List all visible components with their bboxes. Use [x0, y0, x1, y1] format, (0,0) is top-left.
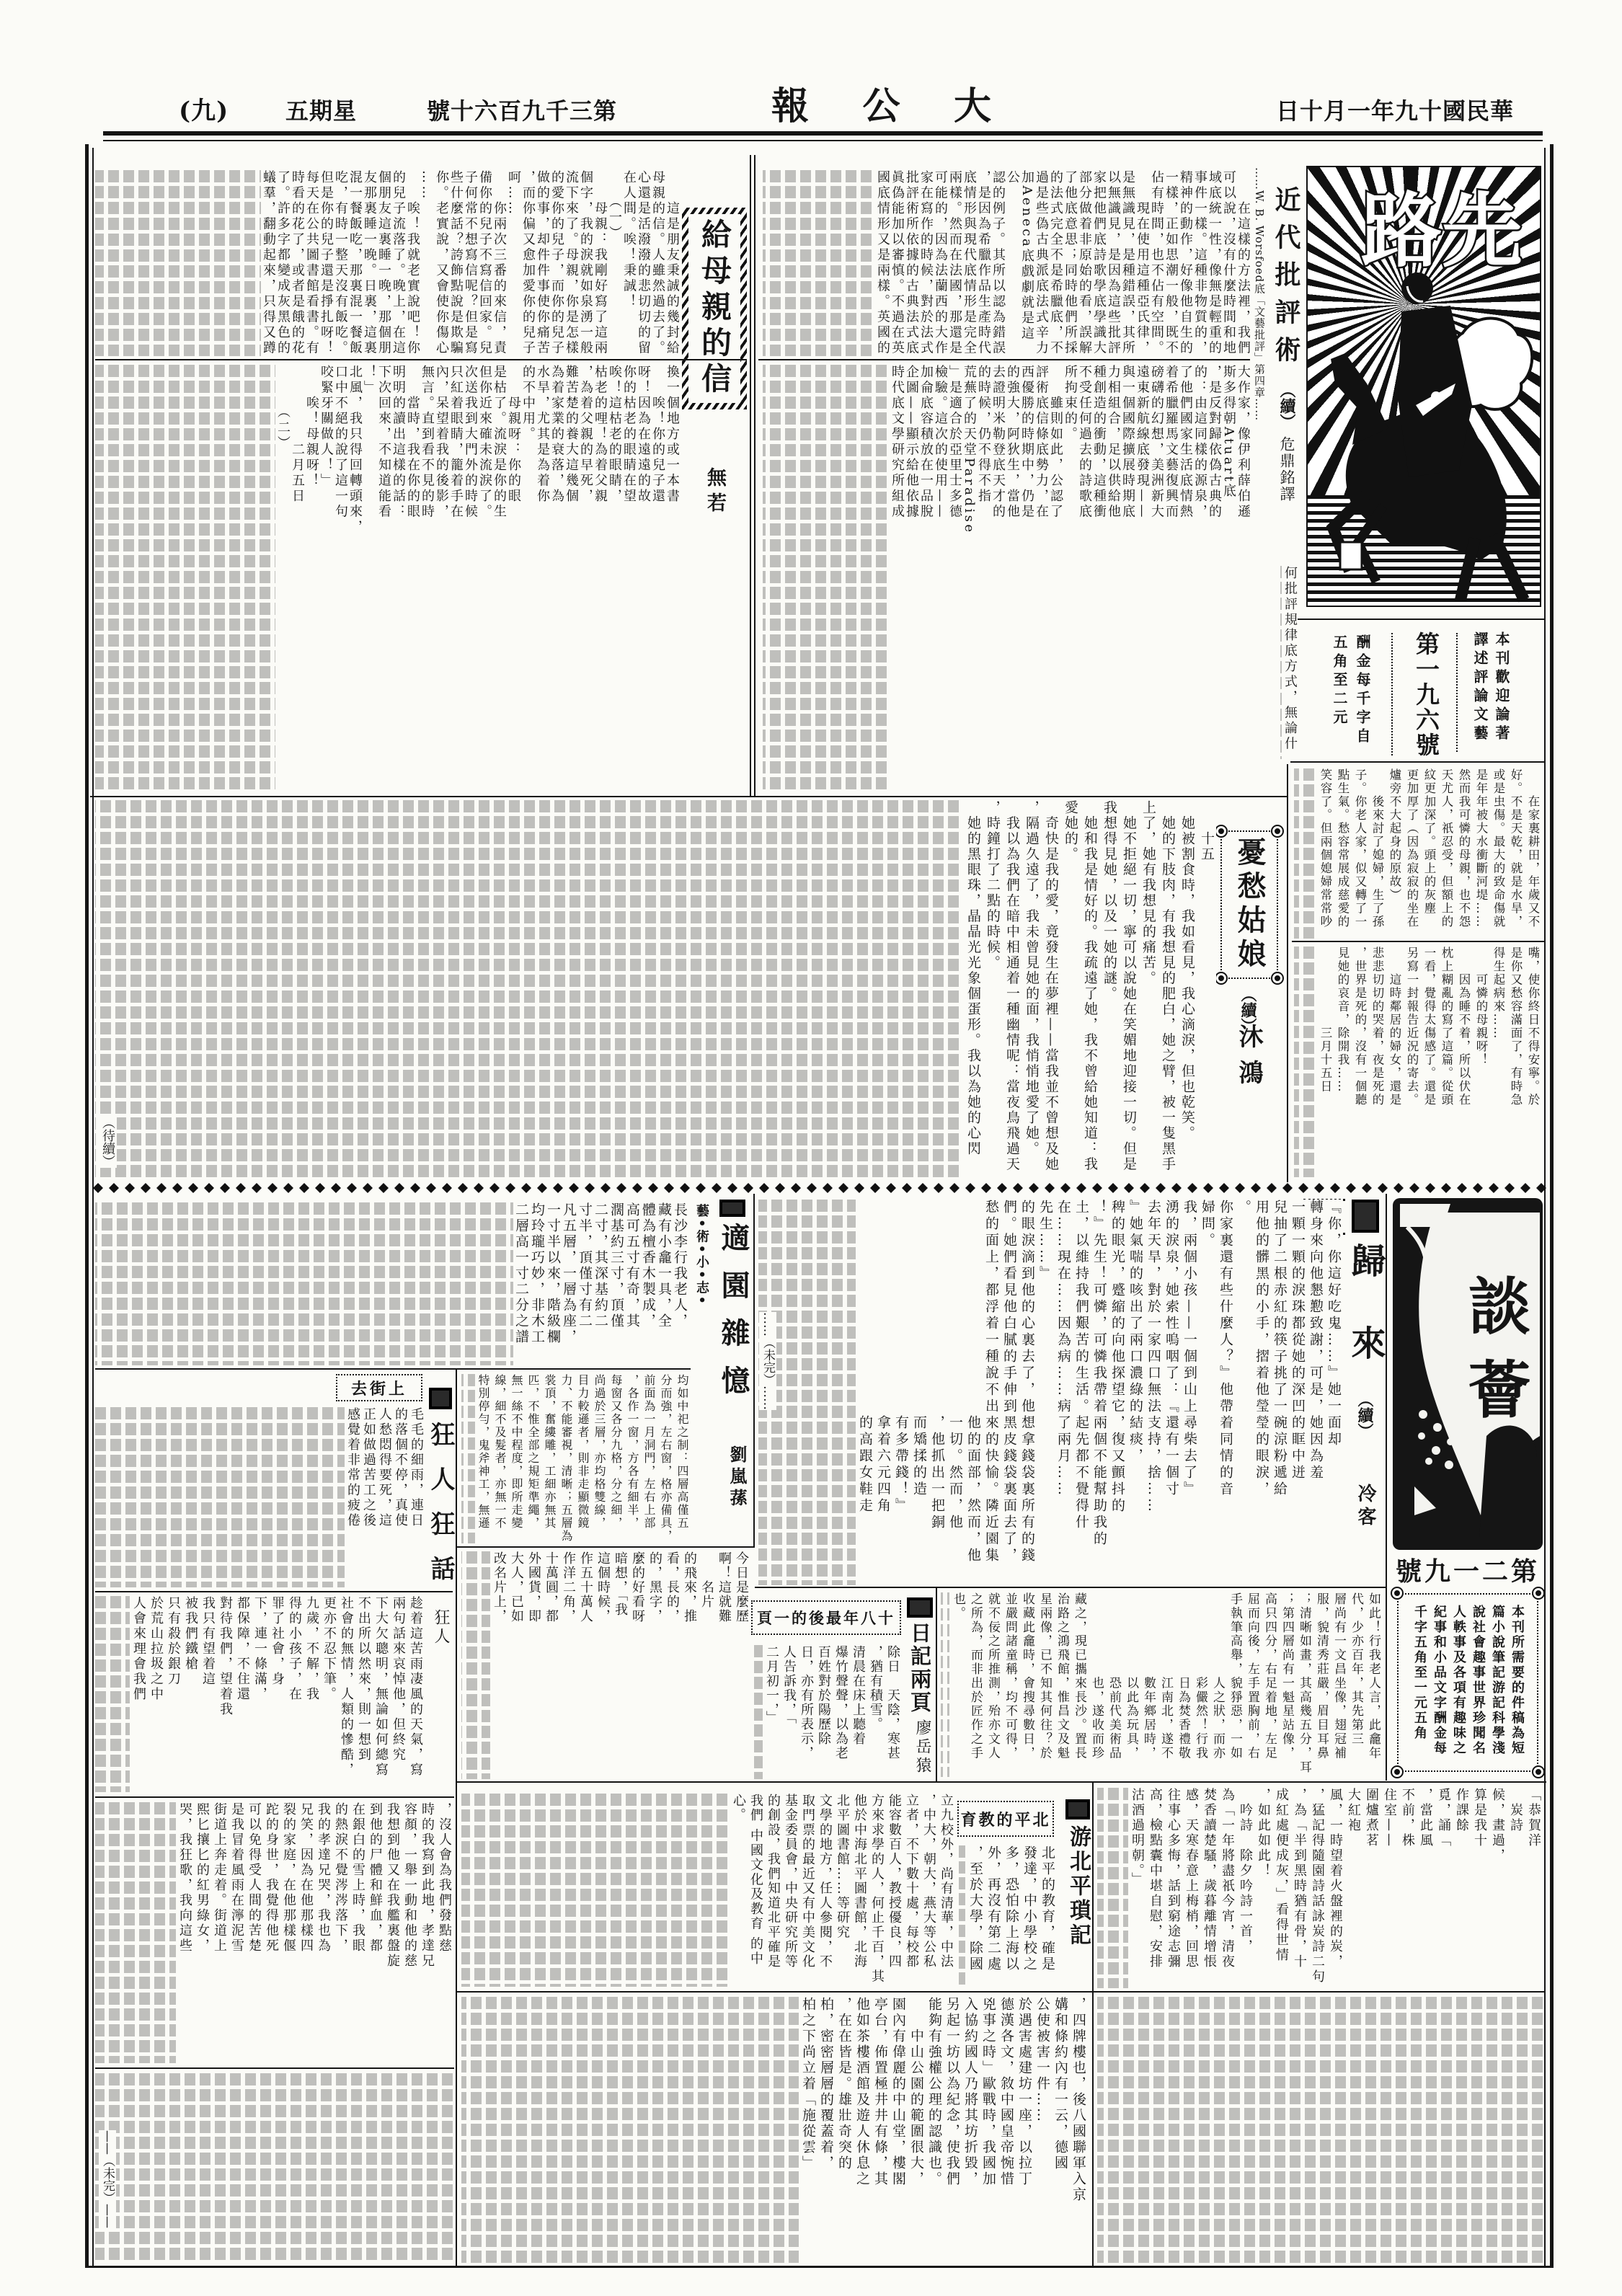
corner-dot-icon — [1533, 1588, 1543, 1598]
weekday: 星期五 — [285, 97, 357, 125]
band-divider — [90, 796, 1288, 797]
tier-divider — [1292, 941, 1544, 942]
band-divider — [456, 1781, 1546, 1783]
tier-divider — [95, 1368, 691, 1370]
header-rule-thick — [103, 131, 1543, 136]
frame-bottom — [85, 2266, 1554, 2268]
kuangren-tier3-text: ，沒人會為我們發點慈 時的我寫到此地，孝達兄 容顏，一舉一動和他的慈 我想到他又… — [176, 1802, 453, 2063]
critic-subtitle: ……W. B. Worsfoed底「文藝批評」第四章…… — [1251, 167, 1267, 421]
letter-part2-lower-text: 嘴，使你終日不得安寧。於 是你又愁容滿面了，有時急 得生起病來…… 可憐的母親呀… — [1316, 947, 1541, 1177]
kuangren-title: 狂人狂話 — [427, 1422, 454, 1600]
letter-lower-text: 換一個地方或一本書 唉！你的兒子還 呀！因為在遠遠的故 你的枯老的眼睛在望 唉！… — [275, 365, 679, 792]
section-marker-icon — [907, 1597, 933, 1618]
youchou-body-text: 十五 她被割食時，我如看見，我心滴淚，但也乾笑。 她的下肢肉，有我想見的肥白，她… — [963, 800, 1216, 1181]
section-marker-icon — [719, 1200, 745, 1217]
letter-lower-tier: 換一個地方或一本書 唉！你的兒子還 呀！因為在遠遠的故 你的枯老的眼睛在望 唉！… — [95, 365, 679, 792]
shiyuan-continuation: 如此！行我老人言，此龕年 代，少亦百年，其先第三 層尚有一文昌坐像，翅冠補 服，… — [941, 1592, 1382, 1777]
letter-part2-upper-text: 在家裏耕田，年歲又不 好。不是天乾，就是水旱， 或是虫傷。最大的致命傷就 是年年… — [1316, 768, 1541, 939]
masthead-char: 大 — [954, 84, 991, 130]
letter-part2-lower: 嘴，使你終日不得安寧。於 是你又愁容滿面了，有時急 得生起病來…… 可憐的母親呀… — [1294, 947, 1541, 1177]
kuangren-tier2: 趁着這苦雨凄風的天氣，寫 兩句話來哀悼他，但終究 下大欠聰明，無論如何總寫 不出… — [95, 1596, 424, 1792]
letter-part2-upper: 在家裏耕田，年歲又不 好。不是天乾，就是水旱， 或是虫傷。最大的致命傷就 是年年… — [1294, 768, 1541, 939]
critic-title: 近代批評術 — [1271, 186, 1301, 373]
xianlu-payment: 酬金每千字自 五角至二元 — [1328, 634, 1374, 758]
xianlu-issue-number: 第一九六號 — [1412, 631, 1440, 760]
xianlu-info-panel: 本刊歡迎論著 譯述評論文藝 第一九六號 酬金每千字自 五角至二元 — [1306, 624, 1541, 760]
critic-continued: （續） — [1277, 382, 1296, 430]
section-marker-icon — [1065, 1799, 1090, 1819]
corner-dot-icon — [1392, 1767, 1402, 1777]
shiyuan-subtitle: 藝•術•小•志• — [693, 1204, 710, 1306]
guilai-to-be-continued: ……（未完）…… — [759, 1312, 776, 1410]
critic-upper-text: 在這樣的方法裡，我們 可以說，沒有什麼時間和地 域底統一性，像無是輕重的 事件一… — [875, 170, 1250, 356]
section-marker-icon — [1352, 1200, 1379, 1233]
critic-lower-tier: 大作家，像伊利薛伯遜 斯多得朝Atuart底 ，是反對歸依偽古典的 的：由這同樣… — [763, 365, 1250, 792]
guilai-body-text: 『你，你這好吃鬼……』她一面却 轉身來向他懇懃致謝，可是，她因為羞 一顆一顆的淚… — [856, 1200, 1342, 1585]
critic-translator: 危鼎銘譯 — [1277, 436, 1296, 502]
gear-ornament-icon — [1216, 973, 1226, 983]
diary-part-a: 除日 天陰，寒甚 ，猶有積雪。 清晨在床上聽着 爆竹聲聲，以為老 百姓對於陽歷除… — [753, 1645, 901, 1779]
wavy-divider — [1391, 633, 1393, 755]
frame-left-thick — [85, 144, 89, 2267]
column-double-rule — [754, 155, 755, 797]
tanhui-title: 談薈 — [1459, 1274, 1528, 1441]
guilai-body: 『你，你這好吃鬼……』她一面却 轉身來向他懇懃致謝，可是，她因為羞 一顆一顆的淚… — [758, 1200, 1342, 1585]
kuangren-tier3: ，沒人會為我們發點慈 時的我寫到此地，孝達兄 容顏，一舉一動和他的慈 我想到他又… — [95, 1802, 453, 2063]
diamond-border — [90, 1182, 1546, 1194]
column-rule — [1386, 1194, 1387, 1781]
shiyuan-continuation-text: 如此！行我老人言，此龕年 代，少亦百年，其先第三 層尚有一文昌坐像，翅冠補 服，… — [949, 1592, 1382, 1777]
shiyuan-upper-tier: 長沙李行我老人， 藏有小龕一具，全 體為檀香木製成， 高可五寸有奇，其 濶基約三… — [95, 1202, 688, 1365]
tanhui-masthead: 談薈 — [1393, 1198, 1543, 1550]
diary-part-c: 「恭賀洋 炭詩 候，畫過， 算是我十 作課餘 覓，誦「 ，當此風 不前，株 住室… — [1097, 1788, 1543, 1988]
gear-ornament-icon — [1272, 973, 1282, 983]
newspaper-page: (九) 星期五 第三千九百六十號 大 公 報 華民國十九年一月十日 — [0, 0, 1622, 2296]
kuangren-tier4 — [95, 2073, 453, 2262]
youchou-title: 憂愁姑娘 — [1233, 837, 1266, 972]
youchou-to-be-continued: （待續） — [98, 1116, 117, 1168]
xianlu-masthead: 先路 — [1306, 166, 1541, 607]
tier-divider — [95, 1591, 453, 1592]
youbei-subhead: 北平的教育 — [957, 1801, 1054, 1837]
kuangren-tier1-text: 毛毛的細雨，連日 的落個不停，真使 人愁悶得要死，這 正如做過苦工之後 感覺着非… — [345, 1407, 424, 1587]
page-number: (九) — [179, 97, 229, 125]
section-marker-icon — [429, 1388, 452, 1409]
shiyuan-lower-text: 均如中祀之制：四層高僅五 分而強，左右窗，格亦備具， 前面為一月洞門，左右上部 … — [475, 1374, 691, 1543]
issue-number: 第三千九百六十號 — [427, 97, 617, 125]
guilai-author: 冷客 — [1355, 1484, 1376, 1530]
frame-right-thin — [1544, 148, 1546, 2267]
column-rule — [753, 1194, 755, 1547]
divider-line — [1290, 761, 1544, 763]
critic-side-column: 何批評規律底方式，無論什 — [1280, 566, 1298, 759]
tanhui-notice-box: 本刊所需要的件稿為短 篇小說筆記游記科學淺 說社會趣事世界珍聞名 人軼事及各項有… — [1397, 1593, 1538, 1772]
column-rule — [936, 1588, 937, 1781]
youchou-author: 沐鴻 — [1234, 1024, 1263, 1096]
youbei-part-c-text: ，四牌樓也，後八國聯軍入京 媾和條約內有一云，德國 公使被害一件…… 於遇害處建… — [799, 1997, 1087, 2264]
letter-title-inner: 給母親的信 — [688, 214, 740, 403]
youbei-title: 游北平瑣記 — [1065, 1825, 1090, 1948]
kuangren-to-be-continued: ——（未完）—— — [99, 2130, 116, 2228]
kuangren-tier2-text: 趁着這苦雨凄風的天氣，寫 兩句話來哀悼他，但終究 下大欠聰明，無論如何總寫 不出… — [130, 1596, 424, 1792]
diary-subhead: 十八年最後的一頁 — [751, 1600, 901, 1635]
letter-title-box: 給母親的信 — [682, 208, 747, 409]
masthead-title: 大 公 報 — [771, 84, 991, 130]
column-rule — [1092, 1783, 1094, 2266]
tier-divider — [95, 2067, 454, 2069]
diary-part-a-text: 除日 天陰，寒甚 ，猶有積雪。 清晨在床上聽着 爆竹聲聲，以為老 百姓對於陽歷除… — [763, 1645, 901, 1779]
column-double-rule — [750, 155, 751, 797]
youchou-title-box: 憂愁姑娘 — [1220, 830, 1278, 979]
letter-upper-tier: 這是朋友秉誠的幾封給 母親的信。人雖然過去了。 心還是活潑潑的悲切切的留 在人間… — [95, 170, 679, 356]
shiyuan-author: 劉嵐蓀 — [727, 1445, 747, 1510]
frame-left-thin — [92, 148, 94, 2267]
shiyuan-lower-tier: 均如中祀之制：四層高僅五 分而強，左右窗，格亦備具， 前面為一月洞門，左右上部 … — [461, 1374, 691, 1543]
tanhui-issue-number: 第二一九號 — [1393, 1556, 1543, 1587]
diary-part-d — [1097, 1997, 1543, 2264]
publication-date: 華民國十九年一月十日 — [1276, 97, 1514, 125]
masthead-char: 報 — [771, 84, 809, 130]
youbei-part-b-text: 立九校外，尚有清華，中法 ，中大，朝大，燕大等公私 立者，不下數十處，每校都 能… — [730, 1794, 954, 1987]
guilai-title: 歸來 — [1347, 1243, 1384, 1407]
xianlu-title: 先路 — [1328, 186, 1523, 276]
corner-dot-icon — [1392, 1588, 1402, 1598]
wavy-divider — [1456, 633, 1458, 752]
xianlu-call-for-submissions: 本刊歡迎論著 譯述評論文藝 — [1469, 631, 1512, 754]
letter-author: 無若 — [703, 467, 726, 518]
youbei-part-a: 北平的教育，確是 發達，中小學校之 多，恐怕除上海以 外，再沒有第二處 ，至於大… — [959, 1845, 1056, 1987]
kuangren-author: 狂人 — [431, 1609, 450, 1646]
gear-ornament-icon — [1272, 826, 1282, 836]
diary-title: 日記兩頁 — [908, 1622, 932, 1714]
tanhui-notice-text: 本刊所需要的件稿為短 篇小說筆記游記科學淺 說社會趣事世界珍聞名 人軼事及各項有… — [1410, 1605, 1527, 1763]
gear-ornament-icon — [1216, 826, 1226, 836]
critic-side-text: 何批評規律底方式，無論什 — [1282, 566, 1298, 759]
header-rule-thin — [103, 140, 1543, 141]
youbei-part-c: ，四牌樓也，後八國聯軍入京 媾和條約內有一云，德國 公使被害一件…… 於遇害處建… — [461, 1997, 1087, 2264]
column-rule — [456, 1370, 457, 2266]
diary-part-c-text: 「恭賀洋 炭詩 候，畫過， 算是我十 作課餘 覓，誦「 ，當此風 不前，株 住室… — [1128, 1788, 1543, 1988]
tier-divider — [457, 1991, 1546, 1993]
tier-divider — [456, 1546, 755, 1548]
column-rule — [1287, 764, 1288, 1182]
diary-part-b-text: 今日是麼歷 啊！這就難 名片 的飛來，推 看，長的， 的，黑字， 麼的好看呀 暗… — [490, 1551, 750, 1779]
tier-divider — [758, 359, 1250, 360]
shiyuan-upper-text: 長沙李行我老人， 藏有小龕一具，全 體為檀香木製成， 高可五寸有奇，其 濶基約三… — [513, 1202, 688, 1365]
frame-right-thick — [1550, 144, 1554, 2267]
kuangren-subhead: 上街去 — [336, 1374, 422, 1401]
corner-dot-icon — [1533, 1767, 1543, 1777]
guilai-continued: （續） — [1355, 1391, 1374, 1439]
critic-lower-text: 大作家，像伊利薛伯遜 斯多得朝Atuart底 ，是反對歸依偽古典的 的：由這同樣… — [890, 365, 1250, 792]
masthead-char: 公 — [862, 84, 900, 130]
diary-part-b: 今日是麼歷 啊！這就難 名片 的飛來，推 看，長的， 的，黑字， 麼的好看呀 暗… — [461, 1551, 750, 1779]
kuangren-tier1: 毛毛的細雨，連日 的落個不停，真使 人愁悶得要死，這 正如做過苦工之後 感覺着非… — [95, 1407, 424, 1587]
tier-divider — [755, 1587, 1386, 1588]
tier-divider — [95, 359, 747, 360]
youchou-body: 十五 她被割食時，我如看見，我心滴淚，但也乾笑。 她的下肢肉，有我想見的肥白，她… — [95, 800, 1216, 1181]
letter-title: 給母親的信 — [696, 218, 732, 399]
tier-divider — [95, 1796, 454, 1798]
letter-upper-text: 這是朋友秉誠的幾封給 母親的信。人雖然過去了。 心還是活潑潑的悲切切的留 在人間… — [261, 170, 679, 356]
youbei-part-a-text: 北平的教育，確是 發達，中小學校之 多，恐怕除上海以 外，再沒有第二處 ，至於大… — [966, 1845, 1056, 1987]
critic-upper-tier: 在這樣的方法裡，我們 可以說，沒有什麼時間和地 域底統一性，像無是輕重的 事件一… — [763, 170, 1250, 356]
shiyuan-title: 適園雜憶 — [717, 1223, 750, 1413]
divider-line — [1298, 619, 1544, 620]
youbei-part-b: 立九校外，尚有清華，中法 ，中大，朝大，燕大等公私 立者，不下數十處，每校都 能… — [461, 1794, 954, 1987]
diary-author: 廖岳猿 — [913, 1719, 931, 1776]
